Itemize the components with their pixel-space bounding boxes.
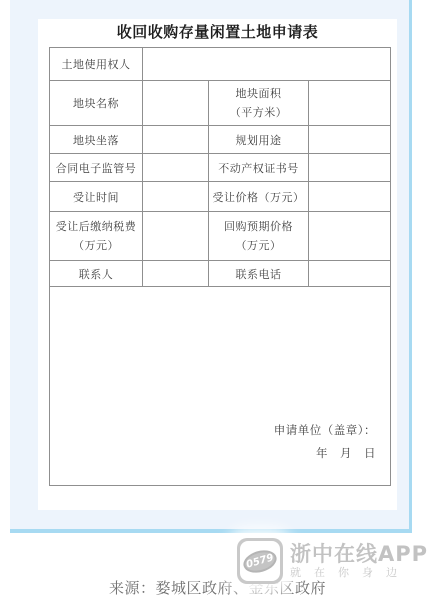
- application-table: 土地使用权人 地块名称 地块面积 （平方米） 地块坐落 规划用途 合同电子监管号: [49, 47, 391, 486]
- field-value-planned-use: [309, 126, 391, 154]
- table-row: 联系人 联系电话: [50, 261, 391, 287]
- field-value-property-cert: [309, 154, 391, 182]
- app-logo-inner: 0579: [240, 541, 280, 581]
- field-label-buyback-price: 回购预期价格 （万元）: [209, 212, 309, 261]
- field-label-line: （万元）: [209, 236, 308, 255]
- form-page: 收回收购存量闲置土地申请表 土地使用权人 地块名称 地块面积 （平方米） 地块坐…: [38, 19, 397, 510]
- applicant-unit-label: 申请单位（盖章）：: [274, 419, 376, 442]
- field-value-contract-number: [143, 154, 209, 182]
- field-label-parcel-location: 地块坐落: [50, 126, 143, 154]
- app-logo-icon: 0579: [237, 538, 283, 584]
- field-value-taxes-paid: [143, 212, 209, 261]
- app-logo-text: 0579: [245, 552, 275, 570]
- table-row: 地块名称 地块面积 （平方米）: [50, 81, 391, 126]
- field-label-parcel-area: 地块面积 （平方米）: [209, 81, 309, 126]
- field-label-taxes-paid: 受让后缴纳税费 （万元）: [50, 212, 143, 261]
- field-label-line: 回购预期价格: [209, 217, 308, 236]
- table-row: 受让后缴纳税费 （万元） 回购预期价格 （万元）: [50, 212, 391, 261]
- table-row: 土地使用权人: [50, 48, 391, 81]
- field-label-contact-phone: 联系电话: [209, 261, 309, 287]
- watermark-slogan: 就在你身边: [290, 567, 428, 578]
- field-value-parcel-name: [143, 81, 209, 126]
- field-label-property-cert: 不动产权证书号: [209, 154, 309, 182]
- signature-cell: 申请单位（盖章）： 年 月 日: [50, 287, 391, 486]
- field-value-transfer-price: [309, 182, 391, 212]
- field-value-parcel-location: [143, 126, 209, 154]
- field-value-contact-phone: [309, 261, 391, 287]
- table-row: 合同电子监管号 不动产权证书号: [50, 154, 391, 182]
- field-label-line: 受让后缴纳税费: [50, 217, 142, 236]
- field-label-land-user: 土地使用权人: [50, 48, 143, 81]
- watermark-app-name: 浙中在线APP: [290, 544, 428, 565]
- watermark: 0579 浙中在线APP 就在你身边: [237, 538, 428, 584]
- date-label: 年 月 日: [274, 442, 376, 465]
- signature-block: 申请单位（盖章）： 年 月 日: [274, 419, 376, 465]
- table-row: 受让时间 受让价格（万元）: [50, 182, 391, 212]
- notice-card: 收回收购存量闲置土地申请表 土地使用权人 地块名称 地块面积 （平方米） 地块坐…: [10, 0, 412, 533]
- table-row: 申请单位（盖章）： 年 月 日: [50, 287, 391, 486]
- field-label-transfer-price: 受让价格（万元）: [209, 182, 309, 212]
- field-label-parcel-name: 地块名称: [50, 81, 143, 126]
- field-value-parcel-area: [309, 81, 391, 126]
- field-value-contact-person: [143, 261, 209, 287]
- field-value-land-user: [143, 48, 391, 81]
- field-label-line: （平方米）: [209, 103, 308, 122]
- field-value-buyback-price: [309, 212, 391, 261]
- field-value-transfer-time: [143, 182, 209, 212]
- field-label-contact-person: 联系人: [50, 261, 143, 287]
- field-label-line: （万元）: [50, 236, 142, 255]
- field-label-line: 地块面积: [209, 84, 308, 103]
- table-row: 地块坐落 规划用途: [50, 126, 391, 154]
- field-label-planned-use: 规划用途: [209, 126, 309, 154]
- field-label-transfer-time: 受让时间: [50, 182, 143, 212]
- watermark-text: 浙中在线APP 就在你身边: [290, 538, 428, 578]
- field-label-contract-number: 合同电子监管号: [50, 154, 143, 182]
- form-title: 收回收购存量闲置土地申请表: [38, 22, 397, 42]
- app-logo-oval: 0579: [241, 546, 279, 576]
